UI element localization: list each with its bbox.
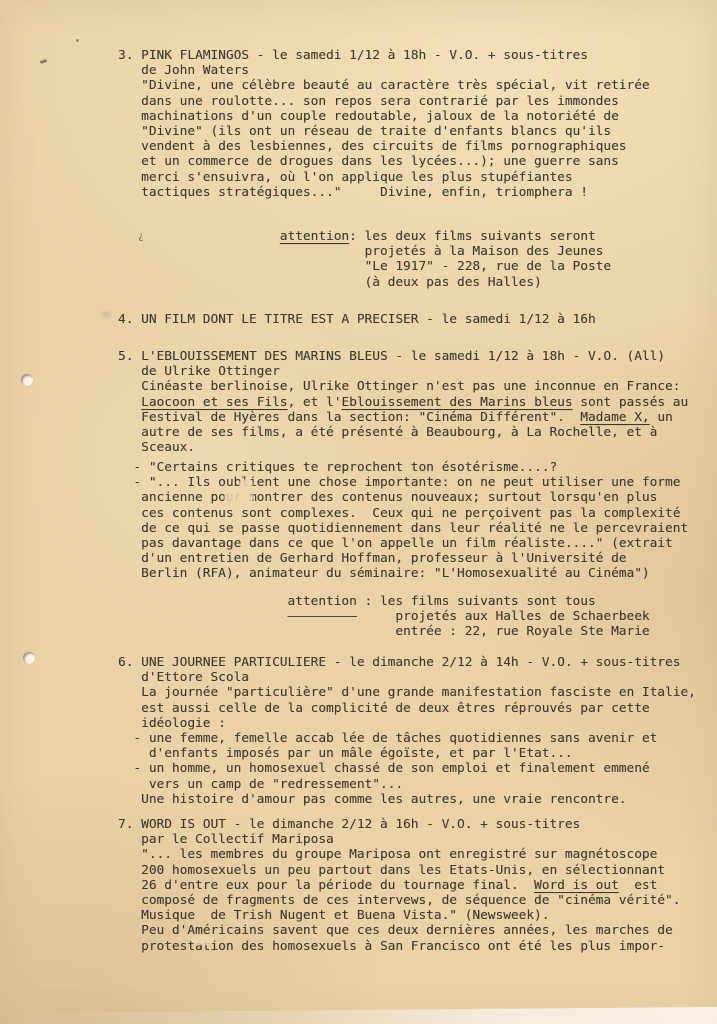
text-line: de Ulrike Ottinger: [118, 364, 688, 379]
film-entry-une-journee-particuliere: 6. UNE JOURNEE PARTICULIERE - le dimanch…: [118, 655, 696, 807]
text-line: Sceaux.: [118, 440, 688, 455]
text-line: pas davantage dans ce que l'on appelle u…: [118, 536, 688, 551]
text-line: Laocoon et ses Fils, et l'Eblouissement …: [118, 395, 688, 410]
text-line: - une femme, femelle accab lée de tâches…: [118, 731, 696, 746]
text-line: machinations d'un couple redoutable, jal…: [118, 109, 650, 124]
text-line: vendent à des lesbiennes, des circuits d…: [118, 139, 650, 154]
film-entry-eblouissement-des-marins-bleus: 5. L'EBLOUISSEMENT DES MARINS BLEUS - le…: [118, 349, 688, 455]
correction-smudge: [224, 492, 254, 503]
text-line: 5. L'EBLOUISSEMENT DES MARINS BLEUS - le…: [118, 349, 688, 364]
text-line: 4. UN FILM DONT LE TITRE EST A PRECISER …: [118, 312, 596, 327]
text-line: attention : les films suivants sont tous: [118, 594, 650, 609]
text-line: - un homme, un homosexuel chassé de son …: [118, 761, 696, 776]
text-line: - "... Ils oublient une chose importante…: [118, 475, 688, 490]
text-line: projetés à la Maison des Jeunes: [118, 244, 611, 259]
text-line: Musique de Trish Nugent et Buena Vista."…: [118, 908, 680, 923]
interview-excerpt-ottinger: - "Certains critiques te reprochent ton …: [118, 460, 688, 582]
text-line: ————————— projetés aux Halles de Schaerb…: [118, 609, 650, 624]
correction-smudge: [192, 935, 214, 945]
text-line: "... les membres du groupe Mariposa ont …: [118, 847, 680, 862]
text-line: de John Waters: [118, 63, 650, 78]
text-line: entrée : 22, rue Royale Ste Marie: [118, 624, 650, 639]
text-line: d'Ettore Scola: [118, 670, 696, 685]
text-line: Festival de Hyères dans la section: "Cin…: [118, 410, 688, 425]
text-line: d'enfants imposés par un mâle égoïste, e…: [118, 746, 696, 761]
text-line: (à deux pas des Halles): [118, 275, 611, 290]
document-page: ¿ 3. PINK FLAMINGOS - le samedi 1/12 à 1…: [0, 0, 717, 1024]
text-line: Berlin (RFA), animateur du séminaire: "L…: [118, 566, 688, 581]
text-line: dans une roulotte... son repos sera cont…: [118, 94, 650, 109]
correction-smudge: [239, 479, 253, 490]
text-line: Cinéaste berlinoise, Ulrike Ottinger n'e…: [118, 379, 688, 394]
text-line: attention: les deux films suivants seron…: [118, 229, 611, 244]
text-line: composé de fragments de ces intervews, d…: [118, 893, 680, 908]
text-line: ces contenus sont complexes. Ceux qui ne…: [118, 506, 688, 521]
text-line: d'un entretien de Gerhard Hoffman, profe…: [118, 551, 688, 566]
typewritten-text: 3. PINK FLAMINGOS - le samedi 1/12 à 18h…: [0, 0, 717, 1024]
text-line: ancienne pour montrer des contenus nouve…: [118, 490, 688, 505]
film-entry-pink-flamingos: 3. PINK FLAMINGOS - le samedi 1/12 à 18h…: [118, 48, 650, 200]
film-entry-word-is-out: 7. WORD IS OUT - le dimanche 2/12 à 16h …: [118, 817, 680, 954]
text-line: merci s'ensuivra, où l'on applique les p…: [118, 170, 650, 185]
text-line: idéologie :: [118, 716, 696, 731]
text-line: "Divine, une célèbre beauté au caractère…: [118, 78, 650, 93]
text-line: 200 homosexuels un peu partout dans les …: [118, 863, 680, 878]
text-line: tactiques stratégiques..." Divine, enfin…: [118, 185, 650, 200]
text-line: 26 d'entre eux pour la période du tourna…: [118, 878, 680, 893]
text-line: 6. UNE JOURNEE PARTICULIERE - le dimanch…: [118, 655, 696, 670]
text-line: de ce qui se passe quotidiennement dans …: [118, 521, 688, 536]
text-line: et un commerce de drogues dans les lycée…: [118, 154, 650, 169]
text-line: La journée "particulière" d'une grande m…: [118, 685, 696, 700]
text-line: autre de ses films, a été présenté à Bea…: [118, 425, 688, 440]
text-line: vers un camp de "redressement"...: [118, 777, 696, 792]
text-line: - "Certains critiques te reprochent ton …: [118, 460, 688, 475]
text-line: 7. WORD IS OUT - le dimanche 2/12 à 16h …: [118, 817, 680, 832]
text-line: Une histoire d'amour pas comme les autre…: [118, 792, 696, 807]
text-line: "Le 1917" - 228, rue de la Poste: [118, 259, 611, 274]
film-entry-titre-a-preciser: 4. UN FILM DONT LE TITRE EST A PRECISER …: [118, 312, 596, 327]
attention-note-maison-des-jeunes: attention: les deux films suivants seron…: [118, 229, 611, 290]
attention-note-halles-de-schaerbeek: attention : les films suivants sont tous…: [118, 594, 650, 640]
text-line: est aussi celle de la complicité de deux…: [118, 701, 696, 716]
text-line: par le Collectif Mariposa: [118, 832, 680, 847]
text-line: "Divine" (ils ont un réseau de traite d'…: [118, 124, 650, 139]
text-line: 3. PINK FLAMINGOS - le samedi 1/12 à 18h…: [118, 48, 650, 63]
